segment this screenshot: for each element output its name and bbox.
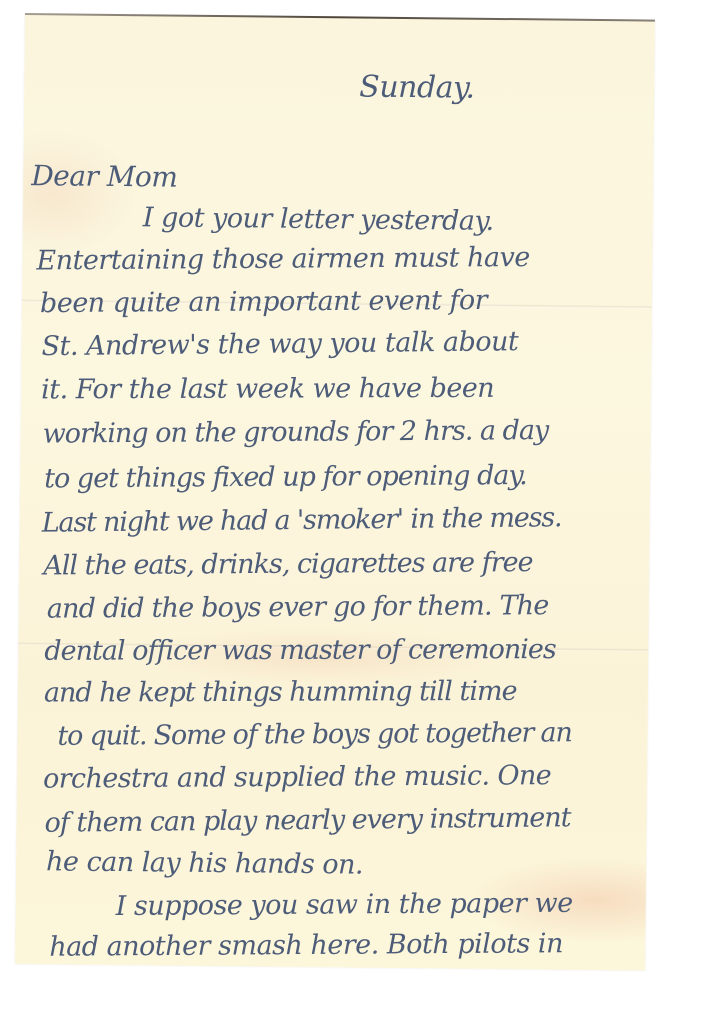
letter-line: and did the boys ever go for them. The — [47, 590, 549, 625]
letter-line: Last night we had a 'smoker' in the mess… — [42, 502, 562, 538]
letter-line: All the eats, drinks, cigarettes are fre… — [43, 547, 532, 581]
letter-line: orchestra and supplied the music. One — [43, 760, 551, 795]
letter-line: I got your letter yesterday. — [143, 202, 494, 237]
letter-line: I suppose you saw in the paper we — [116, 888, 573, 922]
letter-line: had another smash here. Both pilots in — [49, 928, 563, 963]
letter-line: to quit. Some of the boys got together a… — [57, 717, 571, 752]
letter-line: of them can play nearly every instrument — [44, 802, 570, 839]
letter-paper: Sunday. Dear Mom I got your letter yeste… — [15, 14, 655, 971]
letter-line: to get things fixed up for opening day. — [44, 460, 527, 494]
letter-salutation: Dear Mom — [31, 159, 177, 194]
letter-line: and he kept things humming till time — [44, 676, 517, 709]
letter-content: Sunday. Dear Mom I got your letter yeste… — [15, 14, 655, 971]
letter-line: St. Andrew's the way you talk about — [41, 326, 518, 362]
letter-date: Sunday. — [359, 70, 475, 106]
letter-line: he can lay his hands on. — [46, 846, 363, 880]
letter-line: been quite an important event for — [40, 285, 487, 319]
letter-line: Entertaining those airmen must have — [36, 242, 530, 276]
letter-line: it. For the last week we have been — [41, 373, 494, 406]
letter-line: dental officer was master of ceremonies — [44, 634, 555, 667]
letter-line: working on the grounds for 2 hrs. a day — [43, 415, 549, 450]
